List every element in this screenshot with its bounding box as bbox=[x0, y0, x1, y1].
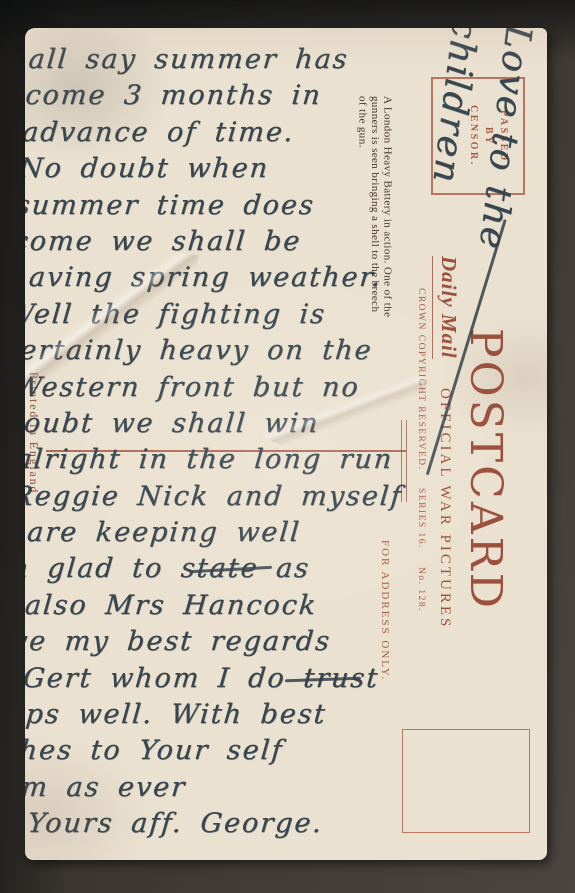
message-line: am glad to state as bbox=[25, 553, 490, 589]
message-line: is also Mrs Hancock bbox=[25, 590, 487, 626]
message-line: doubt we shall win bbox=[25, 408, 503, 444]
message-line: wishes to Your self bbox=[25, 735, 475, 771]
message-line: Reggie Nick and myself bbox=[25, 481, 497, 517]
message-line: Western front but no bbox=[25, 372, 506, 408]
message-line: are keeping well bbox=[25, 517, 494, 553]
postcard: PASSED BY CENSOR. A London Heavy Battery… bbox=[25, 28, 547, 860]
message-line: Give my best regards bbox=[25, 626, 484, 662]
photo-mat: PASSED BY CENSOR. A London Heavy Battery… bbox=[0, 0, 575, 893]
message-line: I am as ever bbox=[25, 772, 471, 808]
message-line: Yours aff. George. bbox=[25, 808, 468, 844]
message-line: keeps well. With best bbox=[25, 699, 478, 735]
message-line: to Gert whom I do trust bbox=[25, 663, 481, 699]
